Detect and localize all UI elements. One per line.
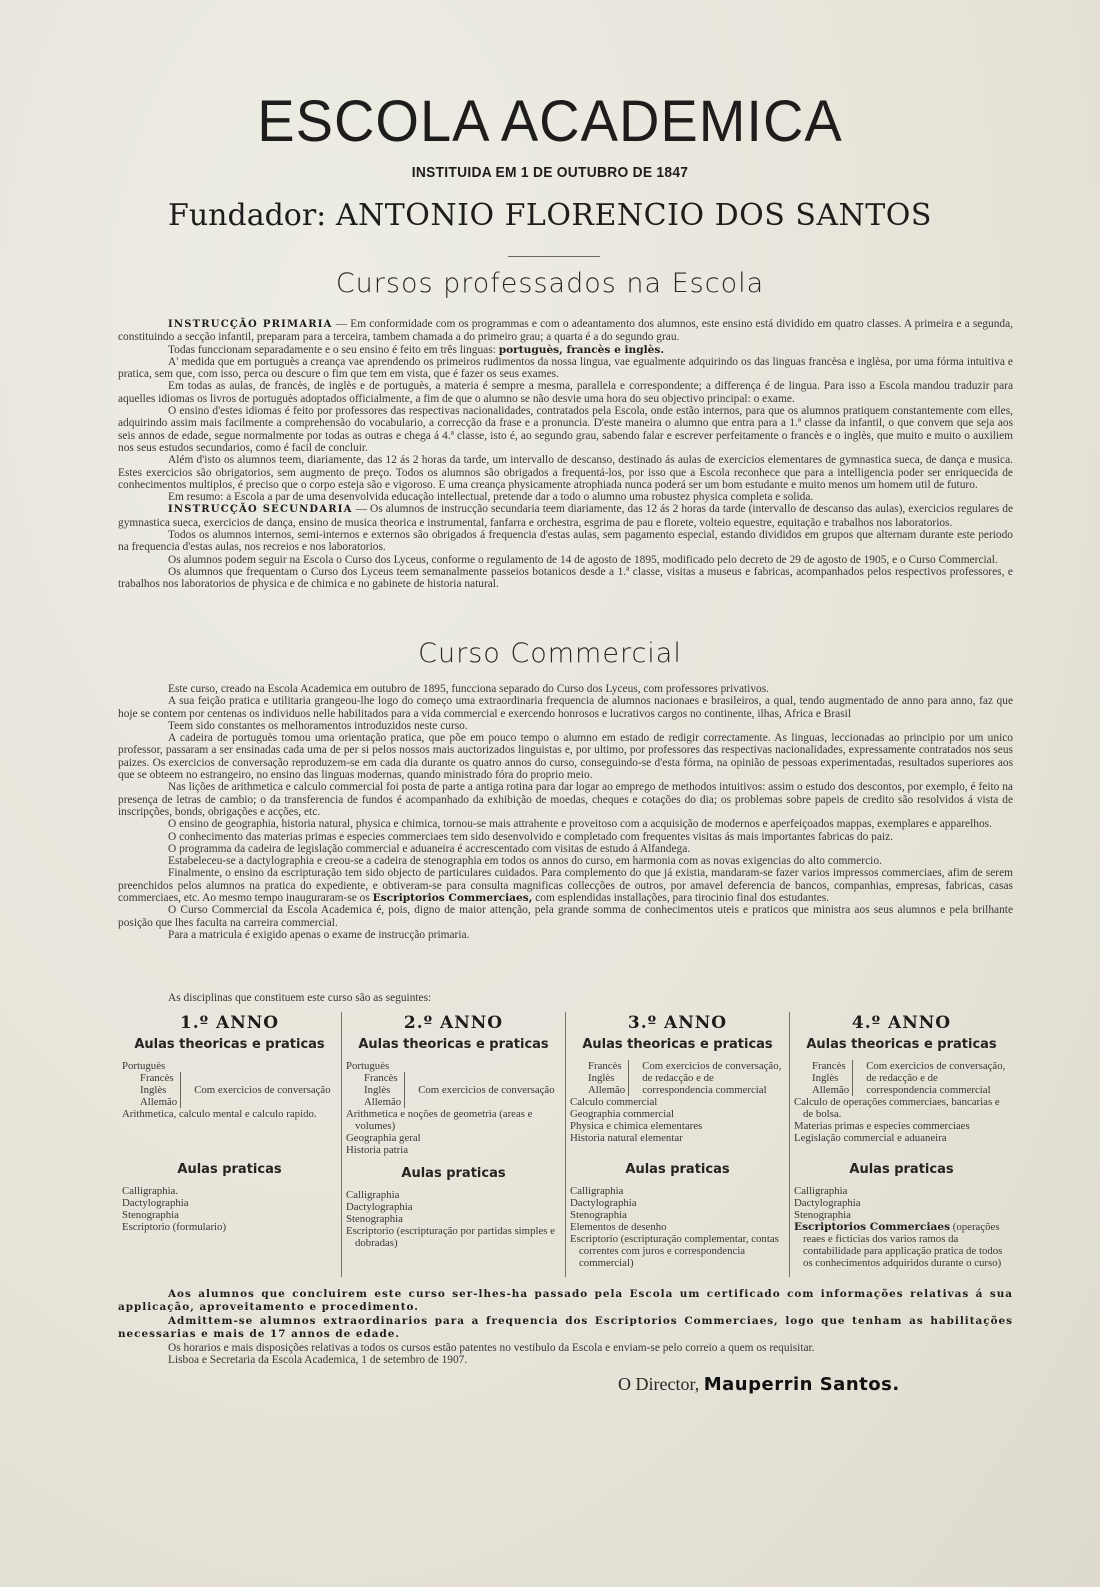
founding-date: INSTITUIDA EM 1 DE OUTUBRO DE 1847 (44, 164, 1056, 181)
section-title-courses: Cursos professados na Escola (0, 268, 1100, 299)
paragraph: Este curso, creado na Escola Academica e… (118, 683, 1013, 695)
subject: Escriptorio (escripturação complementar,… (570, 1233, 785, 1269)
footer-note: Os horarios e mais disposições relativas… (118, 1342, 1013, 1354)
practice-heading: Aulas praticas (346, 1166, 561, 1181)
languages: FrancèsInglèsAllemão (355, 1072, 405, 1108)
subject: Dactylographia (346, 1201, 561, 1213)
footer-note-bold: Aos alumnos que concluirem este curso se… (118, 1288, 1013, 1315)
subject: Calculo commercial (570, 1096, 785, 1108)
paragraph: Estabeleceu-se a dactylographia e creou-… (118, 855, 1013, 867)
subject: Francès (588, 1060, 625, 1072)
subject: Allemão (812, 1084, 849, 1096)
languages: FrancèsInglèsAllemão (579, 1060, 629, 1096)
subject: Inglès (588, 1072, 625, 1084)
paragraph: O ensino d'estes idiomas é feito por pro… (118, 405, 1013, 454)
subject: Portuguès (122, 1060, 337, 1072)
subject: Stenographia (794, 1209, 1009, 1221)
subject: Francès (364, 1072, 401, 1084)
year-heading: 1.º ANNO (122, 1013, 337, 1035)
subject: Calligraphia (794, 1185, 1009, 1197)
subject: Legislação commercial e aduaneira (794, 1132, 1009, 1144)
signature-name: Mauperrin Santos. (704, 1374, 900, 1395)
paragraph: Finalmente, o ensino da escripturação te… (118, 867, 1013, 904)
theory-heading: Aulas theoricas e praticas (570, 1037, 785, 1052)
year-heading: 2.º ANNO (346, 1013, 561, 1035)
theory-list: PortuguèsFrancèsInglèsAllemãoCom exercic… (346, 1060, 561, 1156)
practice-heading: Aulas praticas (794, 1162, 1009, 1177)
paragraph: Teem sido constantes os melhoramentos in… (118, 720, 1013, 732)
signature-label: O Director, (618, 1374, 699, 1394)
year-column: 4.º ANNOAulas theoricas e praticasFrancè… (789, 1012, 1013, 1277)
subject: Allemão (140, 1096, 177, 1108)
subject: Allemão (588, 1084, 625, 1096)
language-note: Com exercicios de conversação (185, 1084, 337, 1096)
subject: Allemão (364, 1096, 401, 1108)
subject: Elementos de desenho (570, 1221, 785, 1233)
subject: Inglès (140, 1084, 177, 1096)
language-group: FrancèsInglèsAllemãoCom exercicios de co… (570, 1060, 785, 1096)
subject: Arithmetica e noções de geometria (areas… (346, 1108, 561, 1132)
year-heading: 4.º ANNO (794, 1013, 1009, 1035)
paragraph: Em resumo: a Escola a par de uma desenvo… (118, 491, 1013, 503)
subject: Stenographia (570, 1209, 785, 1221)
footer-note: Lisboa e Secretaria da Escola Academica,… (118, 1354, 1013, 1366)
subject: Materias primas e especies commerciaes (794, 1120, 1009, 1132)
theory-heading: Aulas theoricas e praticas (346, 1037, 561, 1052)
signature: O Director, Mauperrin Santos. (618, 1374, 900, 1395)
subject: Stenographia (122, 1209, 337, 1221)
subject: Arithmetica, calculo mental e calculo ra… (122, 1108, 337, 1120)
page-title: ESCOLA ACADEMICA (0, 86, 1100, 154)
subject: Geographia geral (346, 1132, 561, 1144)
year-column: 3.º ANNOAulas theoricas e praticasFrancè… (565, 1012, 789, 1277)
subject: Dactylographia (794, 1197, 1009, 1209)
subject: Historia natural elementar (570, 1132, 785, 1144)
paragraph: O ensino de geographia, historia natural… (118, 818, 1013, 830)
footer-notes: Aos alumnos que concluirem este curso se… (118, 1288, 1013, 1366)
practice-heading: Aulas praticas (570, 1162, 785, 1177)
practice-heading: Aulas praticas (122, 1162, 337, 1177)
subject: Calligraphia (346, 1189, 561, 1201)
paragraph-lead: INSTRUCÇÃO PRIMARIA (168, 319, 333, 330)
subject: Portuguès (346, 1060, 561, 1072)
divider (508, 256, 600, 257)
subject: Dactylographia (122, 1197, 337, 1209)
language-note: Com exercicios de conversação, de redacç… (633, 1060, 785, 1096)
languages: FrancèsInglèsAllemão (131, 1072, 181, 1108)
section-courses-body: INSTRUCÇÃO PRIMARIA — Em conformidade co… (118, 318, 1013, 591)
paragraph: Para a matricula é exigido apenas o exam… (118, 929, 1013, 941)
theory-list: PortuguèsFrancèsInglèsAllemãoCom exercic… (122, 1060, 337, 1152)
paragraph: Além d'isto os alumnos teem, diariamente… (118, 454, 1013, 491)
language-group: FrancèsInglèsAllemãoCom exercicios de co… (346, 1072, 561, 1108)
emphasis: Escriptorios Commerciaes (794, 1221, 950, 1233)
paragraph: Os alumnos podem seguir na Escola o Curs… (118, 554, 1013, 566)
section-commercial-body: Este curso, creado na Escola Academica e… (118, 683, 1013, 941)
practice-list: CalligraphiaDactylographiaStenographiaEl… (570, 1185, 785, 1277)
paragraph: INSTRUCÇÃO PRIMARIA — Em conformidade co… (118, 318, 1013, 344)
theory-list: FrancèsInglèsAllemãoCom exercicios de co… (570, 1060, 785, 1152)
languages: FrancèsInglèsAllemão (803, 1060, 853, 1096)
curriculum-table: 1.º ANNOAulas theoricas e praticasPortug… (118, 1012, 1013, 1277)
subject: Calligraphia (570, 1185, 785, 1197)
year-column: 2.º ANNOAulas theoricas e praticasPortug… (341, 1012, 565, 1277)
language-group: FrancèsInglèsAllemãoCom exercicios de co… (122, 1072, 337, 1108)
subject: Escriptorio (formulario) (122, 1221, 337, 1233)
subject: Calligraphia. (122, 1185, 337, 1197)
emphasis: Escriptorios Commerciaes, (373, 892, 533, 904)
paragraph: Todos os alumnos internos, semi-internos… (118, 529, 1013, 554)
year-heading: 3.º ANNO (570, 1013, 785, 1035)
note-text: Com exercicios de conversação, de redacç… (642, 1060, 785, 1096)
paragraph: INSTRUCÇÃO SECUNDARIA — Os alumnos de in… (118, 503, 1013, 529)
subject: Dactylographia (570, 1197, 785, 1209)
subject: Francès (812, 1060, 849, 1072)
paragraph-lead: INSTRUCÇÃO SECUNDARIA (168, 504, 353, 515)
paragraph: A sua feição pratica e utilitaria grange… (118, 695, 1013, 720)
paragraph: O Curso Commercial da Escola Academica é… (118, 904, 1013, 929)
practice-list: CalligraphiaDactylographiaStenographiaEs… (346, 1189, 561, 1281)
subject: Historia patria (346, 1144, 561, 1156)
paragraph: Nas lições de arithmetica e calculo comm… (118, 781, 1013, 818)
footer-note-bold: Admittem-se alumnos extraordinarios para… (118, 1315, 1013, 1342)
section-title-commercial: Curso Commercial (0, 638, 1100, 669)
paragraph: A cadeira de portuguès tomou uma orienta… (118, 732, 1013, 781)
poster-page: ESCOLA ACADEMICA INSTITUIDA EM 1 DE OUTU… (0, 0, 1100, 1587)
paragraph: Em todas as aulas, de francès, de inglès… (118, 380, 1013, 405)
paragraph: O programma da cadeira de legislação com… (118, 843, 1013, 855)
theory-heading: Aulas theoricas e praticas (122, 1037, 337, 1052)
paragraph: Os alumnos que frequentam o Curso dos Ly… (118, 566, 1013, 591)
theory-heading: Aulas theoricas e praticas (794, 1037, 1009, 1052)
founder-label: Fundador: (168, 198, 326, 233)
subject: Inglès (364, 1084, 401, 1096)
language-note: Com exercicios de conversação, de redacç… (857, 1060, 1009, 1096)
paragraph: Todas funccionam separadamente e o seu e… (118, 344, 1013, 356)
subject: Stenographia (346, 1213, 561, 1225)
practice-list: CalligraphiaDactylographiaStenographiaEs… (794, 1185, 1009, 1277)
subject: Physica e chimica elementares (570, 1120, 785, 1132)
subject: Escriptorio (escripturação por partidas … (346, 1225, 561, 1249)
theory-list: FrancèsInglèsAllemãoCom exercicios de co… (794, 1060, 1009, 1152)
emphasis: portuguès, francès e inglès. (499, 344, 664, 356)
note-text: Com exercicios de conversação (418, 1084, 561, 1096)
note-text: Com exercicios de conversação, de redacç… (866, 1060, 1009, 1096)
subject: Calculo de operações commerciaes, bancar… (794, 1096, 1009, 1120)
practice-list: Calligraphia.DactylographiaStenographiaE… (122, 1185, 337, 1277)
year-column: 1.º ANNOAulas theoricas e praticasPortug… (118, 1012, 341, 1277)
language-group: FrancèsInglèsAllemãoCom exercicios de co… (794, 1060, 1009, 1096)
subject: Geographia commercial (570, 1108, 785, 1120)
note-text: Com exercicios de conversação (194, 1084, 337, 1096)
language-note: Com exercicios de conversação (409, 1084, 561, 1096)
paragraph: A' medida que em portuguès a creança vae… (118, 356, 1013, 381)
subject: Inglès (812, 1072, 849, 1084)
subject: Escriptorios Commerciaes (operações reae… (794, 1221, 1009, 1269)
subject: Francès (140, 1072, 177, 1084)
founder-name: ANTONIO FLORENCIO DOS SANTOS (336, 198, 932, 233)
paragraph: O conhecimento das materias primas e esp… (118, 831, 1013, 843)
founder-line: Fundador: ANTONIO FLORENCIO DOS SANTOS (0, 198, 1100, 233)
disciplines-intro: As disciplinas que constituem este curso… (168, 992, 431, 1004)
